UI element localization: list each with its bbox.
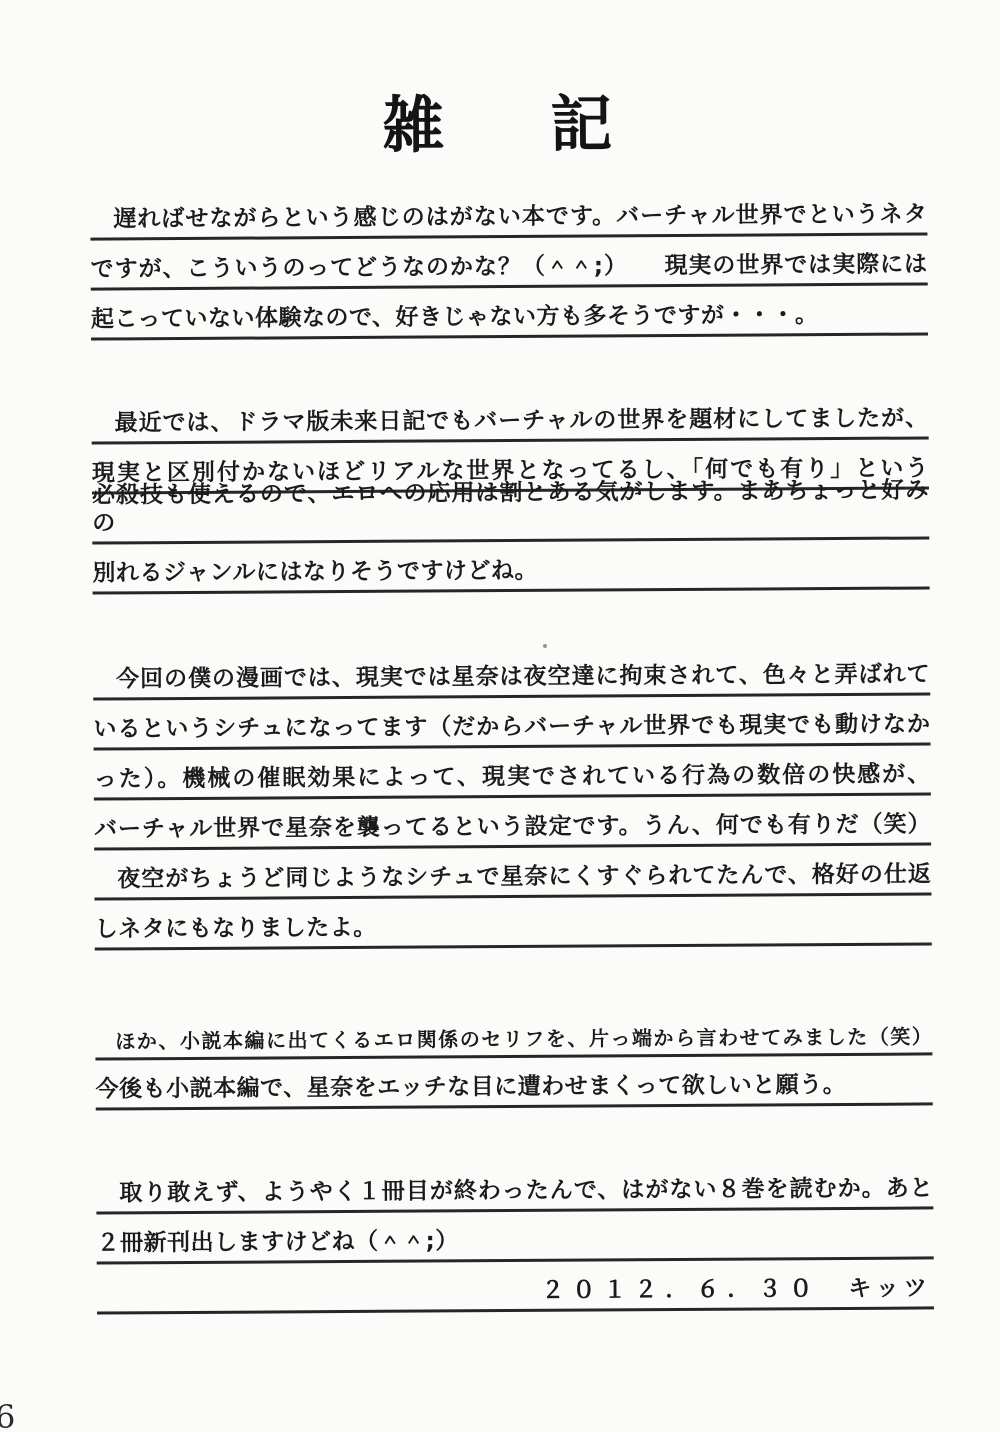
scanned-page: 雑 記 遅ればせながらという感じのはがない本です。バーチャル世界でというネタ で… (0, 0, 1000, 1432)
paragraph-1: 遅ればせながらという感じのはがない本です。バーチャル世界でというネタ ですが、こ… (90, 185, 928, 340)
line-text: 必殺技も使えるので、エロへの応用は割とある気がします。まあちょっと好みの (92, 476, 929, 539)
page-title: 雑 記 (89, 0, 927, 167)
text-line: ２冊新刊出しますけどね（＾＾;） (96, 1209, 933, 1264)
page-number: 6 (0, 1398, 15, 1432)
text-line: った）。機械の催眠効果によって、現実でされている行為の数倍の快感が、 (94, 745, 931, 800)
line-text: ２冊新刊出しますけどね（＾＾;） (96, 1225, 933, 1259)
signature-date: ２０１２．６．３０ (541, 1276, 820, 1304)
line-text: バーチャル世界で星奈を襲ってるという設定です。うん、何でも有りだ（笑） (94, 811, 931, 845)
line-text: 夜空がちょうど同じようなシチュで星奈にくすぐられてたんで、格好の仕返 (94, 861, 931, 895)
line-text: 今後も小説本編で、星奈をエッチな目に遭わせまくって欲しいと願う。 (96, 1071, 933, 1105)
text-line: ですが、こういうのってどうなのかな？（＾＾;） 現実の世界では実際には (90, 235, 927, 290)
signature-line: ２０１２．６．３０キッツ (97, 1259, 934, 1314)
text-line: 起こっていない体験なので、好きじゃない方も多そうですが・・・。 (91, 285, 928, 340)
signature-author: キッツ (848, 1276, 932, 1303)
text-line: 遅ればせながらという感じのはがない本です。バーチャル世界でというネタ (90, 185, 927, 240)
text-line: いるというシチュになってます（だからバーチャル世界でも現実でも動けなか (93, 695, 930, 750)
text-line: 必殺技も使えるので、エロへの応用は割とある気がします。まあちょっと好みの (92, 489, 929, 544)
text-line: 最近では、ドラマ版未来日記でもバーチャルの世界を題材にしてましたが、 (91, 389, 928, 444)
line-text: った）。機械の催眠効果によって、現実でされている行為の数倍の快感が、 (94, 761, 931, 795)
text-line: バーチャル世界で星奈を襲ってるという設定です。うん、何でも有りだ（笑） (94, 795, 931, 850)
paragraph-2: 最近では、ドラマ版未来日記でもバーチャルの世界を題材にしてましたが、 現実と区別… (91, 389, 929, 594)
line-text: ですが、こういうのってどうなのかな？（＾＾;） 現実の世界では実際には (91, 251, 928, 285)
text-line: 今後も小説本編で、星奈をエッチな目に遭わせまくって欲しいと願う。 (95, 1055, 932, 1110)
line-text: 起こっていない体験なので、好きじゃない方も多そうですが・・・。 (91, 301, 928, 335)
line-text: 取り敢えず、ようやく１冊目が終わったんで、はがない８巻を読むか。あと (96, 1175, 933, 1209)
paragraph-3: 今回の僕の漫画では、現実では星奈は夜空達に拘束されて、色々と弄ばれて いるという… (93, 645, 932, 950)
line-text: 最近では、ドラマ版未来日記でもバーチャルの世界を題材にしてましたが、 (91, 405, 928, 439)
text-line: 夜空がちょうど同じようなシチュで星奈にくすぐられてたんで、格好の仕返 (94, 845, 931, 900)
text-line: 別れるジャンルにはなりそうですけどね。 (92, 539, 929, 594)
line-text: 別れるジャンルにはなりそうですけどね。 (92, 555, 929, 589)
text-line: ほか、小説本編に出てくるエロ関係のセリフを、片っ端から言わせてみました（笑） (95, 1005, 932, 1060)
paragraph-4: ほか、小説本編に出てくるエロ関係のセリフを、片っ端から言わせてみました（笑） 今… (95, 1005, 933, 1110)
page-content: 雑 記 遅ればせながらという感じのはがない本です。バーチャル世界でというネタ で… (89, 0, 934, 1315)
line-text: いるというシチュになってます（だからバーチャル世界でも現実でも動けなか (93, 711, 930, 745)
scan-speck (543, 644, 547, 648)
text-line: 今回の僕の漫画では、現実では星奈は夜空達に拘束されて、色々と弄ばれて (93, 645, 930, 700)
line-text: ほか、小説本編に出てくるエロ関係のセリフを、片っ端から言わせてみました（笑） (95, 1024, 932, 1054)
text-line: 取り敢えず、ようやく１冊目が終わったんで、はがない８巻を読むか。あと (96, 1159, 933, 1214)
paragraph-5: 取り敢えず、ようやく１冊目が終わったんで、はがない８巻を読むか。あと ２冊新刊出… (96, 1159, 934, 1264)
text-line: しネタにもなりましたよ。 (94, 895, 931, 950)
signature-text: ２０１２．６．３０キッツ (97, 1275, 934, 1309)
line-text: 今回の僕の漫画では、現実では星奈は夜空達に拘束されて、色々と弄ばれて (93, 661, 930, 695)
line-text: しネタにもなりましたよ。 (95, 911, 932, 945)
line-text: 遅ればせながらという感じのはがない本です。バーチャル世界でというネタ (90, 201, 927, 235)
